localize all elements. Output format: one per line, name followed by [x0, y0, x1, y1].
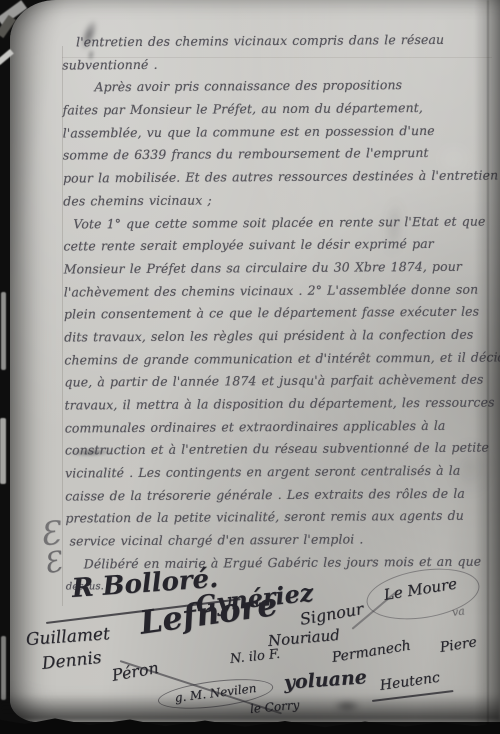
signature: Permanech	[331, 638, 412, 666]
page-crease	[487, 0, 489, 734]
signature: va	[451, 604, 465, 619]
signature: Dennis	[41, 648, 103, 674]
manuscript-photo: l'entretien des chemins vicinaux compris…	[0, 0, 500, 734]
signature: Le Moure	[383, 575, 459, 604]
signature: N. ilo F.	[229, 647, 281, 667]
signature: Péron	[110, 658, 160, 685]
signature: yoluane	[283, 666, 367, 694]
bottom-shadow	[0, 694, 500, 720]
signature: Guillamet	[25, 624, 110, 650]
signature-block: ƐƐR Bolloré.GynériezSignourLe MourevaGui…	[0, 0, 500, 734]
signature: Heutenc	[379, 670, 441, 694]
signature: Piere	[439, 634, 478, 656]
